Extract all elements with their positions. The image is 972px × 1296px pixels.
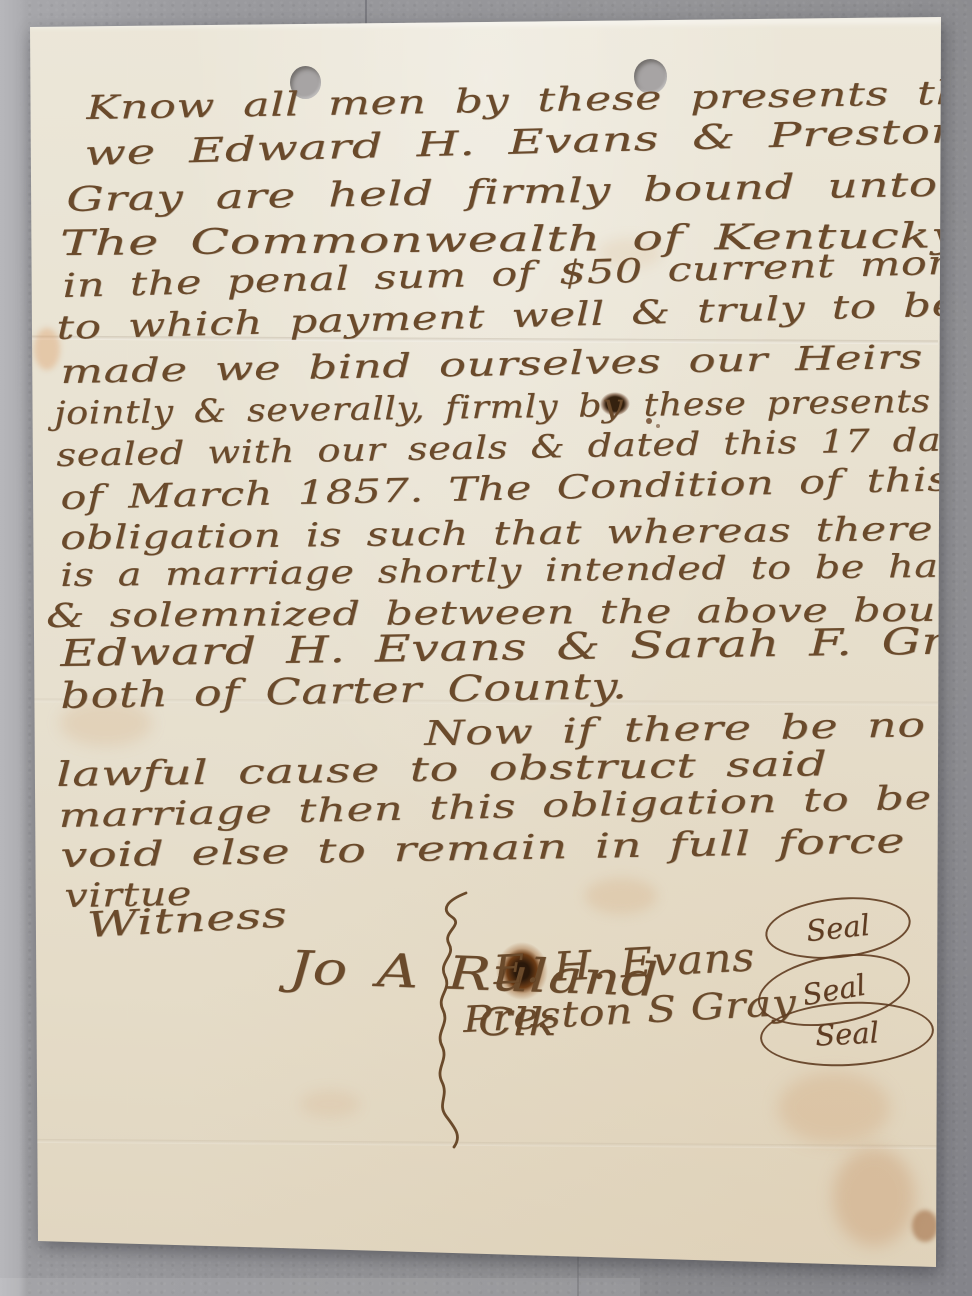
document-paper: Know all men by these presents thatwe Ed… bbox=[0, 0, 972, 1296]
paper-shadow-wrap: Know all men by these presents thatwe Ed… bbox=[0, 0, 972, 1296]
fold-crease bbox=[32, 1139, 938, 1149]
document-line: is a marriage shortly intended to be had bbox=[60, 547, 965, 594]
foxing-stain bbox=[585, 878, 657, 914]
photo-canvas: Know all men by these presents thatwe Ed… bbox=[0, 0, 972, 1296]
seal-label: Seal bbox=[814, 1015, 879, 1052]
foxing-stain bbox=[300, 1090, 360, 1118]
seal-label: Seal bbox=[805, 908, 872, 948]
document-line: both of Carter County. bbox=[60, 666, 628, 717]
foxing-stain bbox=[833, 1148, 915, 1246]
foxing-stain bbox=[778, 1072, 890, 1144]
document-line: Gray are held firmly bound unto bbox=[66, 165, 938, 220]
party-signature: E. H. Evans bbox=[492, 934, 756, 994]
foxing-stain bbox=[912, 1210, 938, 1242]
